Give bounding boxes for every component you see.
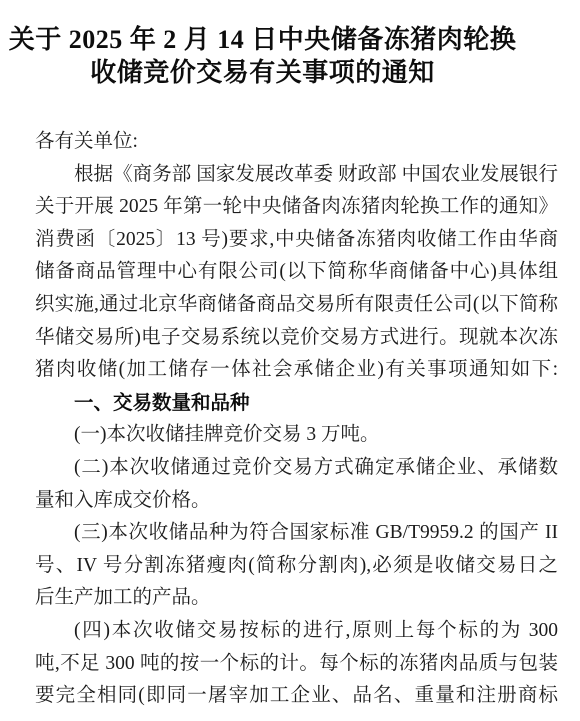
body-line: 储备商品管理中心有限公司(以下简称华商储备中心)具体组 xyxy=(35,256,558,289)
clause-4-line: 吨,不足 300 吨的按一个标的计。每个标的冻猪肉品质与包装 xyxy=(35,648,558,681)
clause-3-line: 后生产加工的产品。 xyxy=(35,582,558,615)
document-body: 各有关单位: 根据《商务部 国家发展改革委 财政部 中国农业发展银行 关于开展 … xyxy=(0,126,580,713)
document-title-line-1: 关于 2025 年 2 月 14 日中央储备冻猪肉轮换 xyxy=(0,23,525,56)
body-line: 根据《商务部 国家发展改革委 财政部 中国农业发展银行 xyxy=(35,159,558,192)
salutation: 各有关单位: xyxy=(35,126,558,159)
body-line: 织实施,通过北京华商储备商品交易所有限责任公司(以下简称 xyxy=(35,289,558,322)
clause-3-line: 号、IV 号分割冻猪瘦肉(简称分割肉),必须是收储交易日之 xyxy=(35,550,558,583)
document-title-line-2: 收储竞价交易有关事项的通知 xyxy=(0,56,525,89)
clause-4-line: (四)本次收储交易按标的进行,原则上每个标的为 300 xyxy=(35,615,558,648)
clause-1-line: (一)本次收储挂牌竞价交易 3 万吨。 xyxy=(35,419,558,452)
body-line: 关于开展 2025 年第一轮中央储备肉冻猪肉轮换工作的通知》(商 xyxy=(35,191,558,224)
section-1-heading: 一、交易数量和品种 xyxy=(35,387,558,420)
clause-3-line: (三)本次收储品种为符合国家标准 GB/T9959.2 的国产 II xyxy=(35,517,558,550)
body-line: 华储交易所)电子交易系统以竞价交易方式进行。现就本次冻 xyxy=(35,322,558,355)
body-line: 猪肉收储(加工储存一体社会承储企业)有关事项通知如下: xyxy=(35,354,558,387)
clause-2-line: 量和入库成交价格。 xyxy=(35,485,558,518)
clause-2-line: (二)本次收储通过竞价交易方式确定承储企业、承储数 xyxy=(35,452,558,485)
document-title: 关于 2025 年 2 月 14 日中央储备冻猪肉轮换 收储竞价交易有关事项的通… xyxy=(0,23,525,89)
document-page: 关于 2025 年 2 月 14 日中央储备冻猪肉轮换 收储竞价交易有关事项的通… xyxy=(0,0,580,721)
clause-4-line: 要完全相同(即同一屠宰加工企业、品名、重量和注册商标等)。 xyxy=(35,680,558,713)
body-line: 消费函〔2025〕13 号)要求,中央储备冻猪肉收储工作由华商 xyxy=(35,224,558,257)
